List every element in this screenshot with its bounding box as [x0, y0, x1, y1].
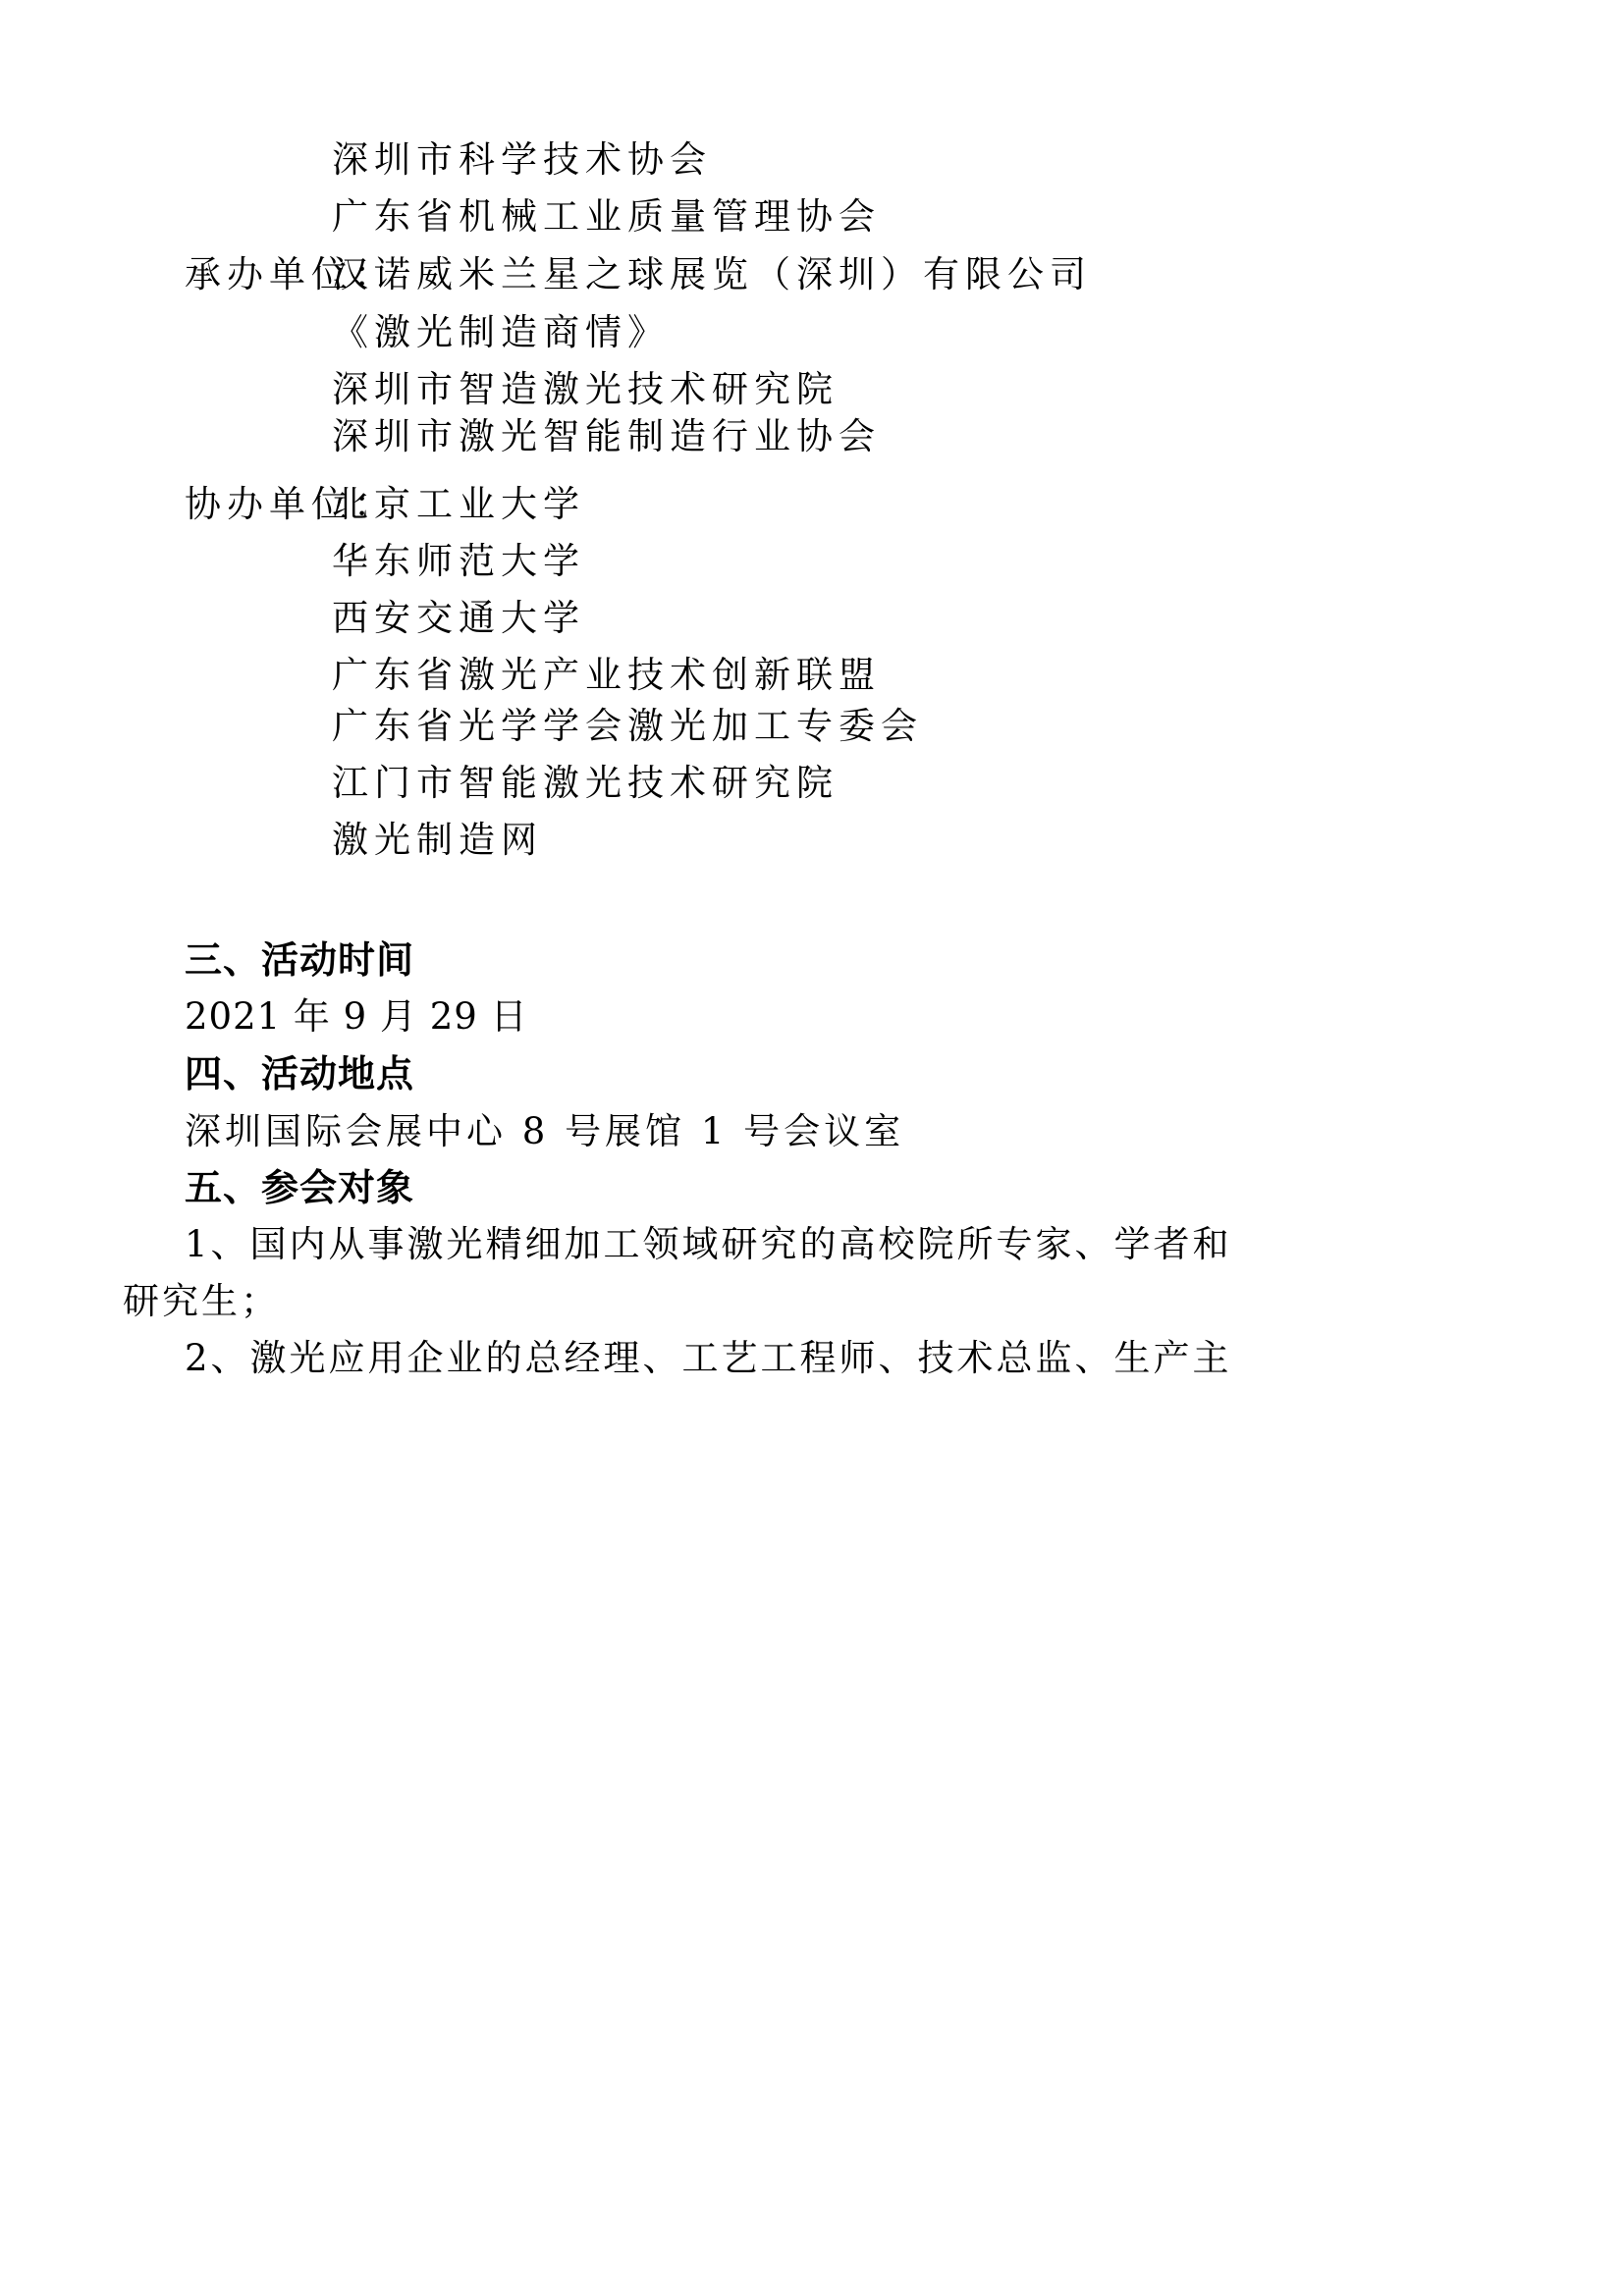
section-heading-venue: 四、活动地点 [185, 1052, 414, 1095]
attendee-item-1-line2: 研究生； [123, 1280, 280, 1323]
co-organizer-item: 西安交通大学 [332, 597, 585, 640]
organizer-item: 《激光制造商情》 [332, 311, 670, 354]
organizer-item: 深圳市智造激光技术研究院 [332, 368, 839, 411]
co-organizer-item: 广东省光学学会激光加工专委会 [332, 705, 923, 748]
section-heading-attendees: 五、参会对象 [185, 1166, 414, 1209]
co-organizer-item: 广东省激光产业技术创新联盟 [332, 654, 881, 697]
organizer-item: 深圳市激光智能制造行业协会 [332, 415, 881, 458]
section-heading-time: 三、活动时间 [185, 938, 414, 982]
sponsor-item: 深圳市科学技术协会 [332, 138, 712, 182]
co-organizer-item: 北京工业大学 [332, 483, 585, 526]
attendee-item-2-line1: 2、激光应用企业的总经理、工艺工程师、技术总监、生产主 [185, 1337, 1232, 1380]
co-organizer-item: 华东师范大学 [332, 540, 585, 583]
co-organizer-item: 江门市智能激光技术研究院 [332, 762, 839, 805]
organizer-item: 汉诺威米兰星之球展览（深圳）有限公司 [332, 253, 1092, 296]
attendee-item-1-line1: 1、国内从事激光精细加工领域研究的高校院所专家、学者和 [185, 1223, 1232, 1266]
co-organizer-item: 激光制造网 [332, 819, 543, 862]
event-venue: 深圳国际会展中心 8 号展馆 1 号会议室 [185, 1110, 904, 1153]
sponsor-item: 广东省机械工业质量管理协会 [332, 195, 881, 239]
event-date: 2021 年 9 月 29 日 [185, 995, 528, 1039]
